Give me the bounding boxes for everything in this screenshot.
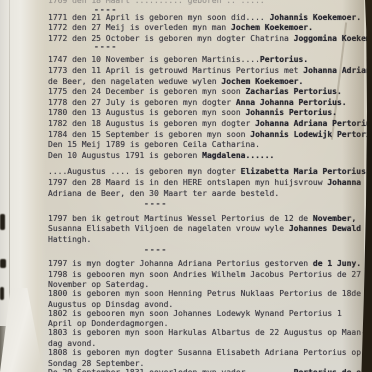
separator-dashes: ---- xyxy=(48,199,372,210)
line-text: Sondag 28 September. xyxy=(48,359,144,368)
line-text: 1772 den 25 October is geboren myn dogte… xyxy=(48,34,294,43)
line-text: 1769 den 18 Maart .......... geboren .. … xyxy=(48,0,265,5)
line-text: 1772 den 27 Meij is overleden myn man xyxy=(48,23,231,32)
line-text: 1798 is gebooren myn soon Andries Wilhel… xyxy=(48,270,361,279)
line-text: Den 15 Meij 1789 is geboren Ceila Cathar… xyxy=(48,140,260,149)
document-line: Sondag 28 September. xyxy=(48,359,372,368)
document-line: 1780 den 13 Augustus is geboren myn soon… xyxy=(48,108,372,119)
line-text: ....Augustus .... is geboren myn dogter xyxy=(48,167,241,176)
line-text: 1780 den 13 Augustus is geboren myn soon xyxy=(48,108,245,117)
document-line: De 29 September 1831 ooverleden myn vade… xyxy=(48,368,372,372)
document-line: 1784 den 15 September is geboren myn soo… xyxy=(48,130,372,141)
document-text: 1769 den 18 Maart .......... geboren .. … xyxy=(0,0,372,372)
right-edge-shadow xyxy=(342,0,364,372)
line-text: 1773 den 11 April is getrouwd Martinus P… xyxy=(48,66,303,75)
line-text: 1775 den 24 December is geboren myn soon xyxy=(48,87,245,96)
line-text-bold: Zacharias Pertorius. xyxy=(245,87,341,96)
document-line: 1771 den 21 April is geboren myn soon di… xyxy=(48,13,372,24)
line-text-bold: Jochem Koekemoer. xyxy=(231,23,313,32)
line-text: 1797 den 28 Maard is in den HERE ontslap… xyxy=(48,178,327,187)
line-text-bold: Jochem Koekemoer. xyxy=(221,77,303,86)
document-line: dag avond. xyxy=(48,339,372,348)
line-text: 1771 den 21 April is geboren myn soon di… xyxy=(48,13,270,22)
line-text: de Beer, den nagelaten weduwe wylen xyxy=(48,77,221,86)
document-line: November op Saterdag. xyxy=(48,280,372,289)
document-line: 1769 den 18 Maart .......... geboren .. … xyxy=(48,0,372,7)
line-text: dag avond. xyxy=(48,339,96,348)
document-line: ....Augustus .... is geboren myn dogter … xyxy=(48,167,372,178)
document-line: 1808 is geboren myn dogter Susanna Elisa… xyxy=(48,348,372,359)
line-text: ---- xyxy=(94,42,117,51)
line-text: 1808 is geboren myn dogter Susanna Elisa… xyxy=(48,348,361,357)
line-text: Augustus op Dinsdag avond. xyxy=(48,300,173,309)
line-text-bold: Pertorius. xyxy=(260,55,308,64)
document-line: Hattingh. xyxy=(48,235,372,246)
document-line: 1778 den 27 July is geboren myn dogter A… xyxy=(48,98,372,109)
line-text: 1797 ben ik getrout Martinus Wessel Pert… xyxy=(48,214,313,223)
document-line: 1798 is gebooren myn soon Andries Wilhel… xyxy=(48,270,372,281)
document-line: 1797 den 28 Maard is in den HERE ontslap… xyxy=(48,178,372,189)
line-text-bold: Johannis Pertorius. xyxy=(245,108,337,117)
line-text-bold: Anna Johanna Pertorius. xyxy=(236,98,347,107)
line-text: November op Saterdag. xyxy=(48,280,149,289)
document-line: 1772 den 27 Meij is overleden myn man Jo… xyxy=(48,23,372,34)
line-text: ---- xyxy=(144,199,167,208)
line-text: Den 10 Augustus 1791 is geboren xyxy=(48,151,202,160)
line-text: 1797 is myn dogter Johanna Adriana Perto… xyxy=(48,259,313,268)
document-line: Adriana de Beer, den 30 Maart ter aarde … xyxy=(48,189,372,200)
line-text: Adriana de Beer, den 30 Maart ter aarde … xyxy=(48,189,279,198)
line-text: Hattingh. xyxy=(48,235,91,244)
line-text: ---- xyxy=(144,245,167,254)
document-line: 1800 is geboren myn soon Henning Petrus … xyxy=(48,289,372,300)
document-line: Augustus op Dinsdag avond. xyxy=(48,300,372,309)
scanned-document: 1769 den 18 Maart .......... geboren .. … xyxy=(0,0,372,372)
separator-dashes: ---- xyxy=(48,44,372,50)
line-text: De 29 September 1831 ooverleden myn vade… xyxy=(48,368,294,372)
line-text-bold: Magdalena...... xyxy=(202,151,274,160)
separator-dashes: ---- xyxy=(48,245,372,256)
line-text: Susanna Elisabeth Viljoen de nagelaten v… xyxy=(48,224,289,233)
document-line: 1747 den 10 November is geboren Martinis… xyxy=(48,55,372,66)
line-text: 1802 is gebooren myn soon Johannes Lodew… xyxy=(48,309,342,318)
line-text: 1747 den 10 November is geboren Martinis… xyxy=(48,55,260,64)
document-line: 1773 den 11 April is getrouwd Martinus P… xyxy=(48,66,372,77)
document-line: 1803 is geboren myn soon Harkulas Albart… xyxy=(48,328,372,339)
line-text: 1784 den 15 September is geboren myn soo… xyxy=(48,130,250,139)
document-line: 1797 is myn dogter Johanna Adriana Perto… xyxy=(48,259,372,270)
document-line: Den 10 Augustus 1791 is geboren Magdalen… xyxy=(48,151,372,162)
document-line: 1775 den 24 December is geboren myn soon… xyxy=(48,87,372,98)
document-line: Den 15 Meij 1789 is geboren Ceila Cathar… xyxy=(48,140,372,151)
document-line: 1782 den 18 Augustus is geboren myn dogt… xyxy=(48,119,372,130)
line-text: 1800 is geboren myn soon Henning Petrus … xyxy=(48,289,361,298)
document-line: 1802 is gebooren myn soon Johannes Lodew… xyxy=(48,309,372,320)
line-text: 1803 is geboren myn soon Harkulas Albart… xyxy=(48,328,366,337)
document-line: Susanna Elisabeth Viljoen de nagelaten v… xyxy=(48,224,372,235)
document-line: de Beer, den nagelaten weduwe wylen Joch… xyxy=(48,77,372,88)
line-text: 1778 den 27 July is geboren myn dogter xyxy=(48,98,236,107)
line-text: 1782 den 18 Augustus is geboren myn dogt… xyxy=(48,119,255,128)
document-line: 1797 ben ik getrout Martinus Wessel Pert… xyxy=(48,214,372,225)
